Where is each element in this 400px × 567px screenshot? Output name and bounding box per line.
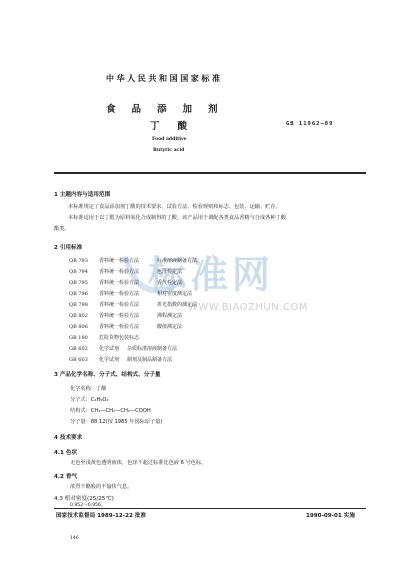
section-2-heading: 2 引用标准 — [54, 243, 82, 251]
page-number: 146 — [70, 536, 79, 541]
reference-item: GB 603化学试剂制剂及制品制备方法 — [69, 356, 172, 363]
section-3-heading: 3 产品化学名称、分子式、结构式、分子量 — [54, 370, 161, 378]
reference-item: QB 802香料统一检验方法沸程测定法 — [69, 312, 182, 319]
approval-date: 国家技术监督局 1989-12-22 批准 — [56, 511, 146, 519]
effective-date: 1990-09-01 实施 — [306, 511, 355, 519]
section-4-3-heading: 4.3 相对密度(25/25℃) — [54, 494, 114, 502]
standard-number: GB 11962—89 — [286, 121, 333, 127]
english-title-line1: Food additive — [152, 137, 187, 142]
section-1-para2-line2: 酯类。 — [54, 225, 70, 232]
structural-formula: 结构式：CH₃—CH₂—CH₂—COOH — [70, 407, 151, 414]
reference-item: QB 793香料统一检验方法标准溶液制备方法 — [69, 257, 197, 264]
section-1-para1: 本标准规定了食品添加剂丁酸的技术要求、试验方法、检验规则和标志、包装、运输、贮存… — [68, 203, 281, 210]
document-title-line1: 食品添加剂 — [106, 101, 234, 115]
section-4-heading: 4 技术要求 — [54, 433, 82, 441]
chemical-name: 化学名称：丁酸 — [70, 385, 106, 392]
molecular-formula: 分子式：C₄H₈O₂ — [70, 396, 109, 403]
section-4-2-heading: 4.2 香气 — [54, 472, 77, 480]
section-1-heading: 1 主题内容与适用范围 — [54, 190, 110, 198]
reference-item: QB 798香料统一检验方法折光指数的测定法 — [69, 301, 197, 308]
national-standard-label: 中华人民共和国国家标准 — [106, 73, 223, 84]
molecular-weight: 分子量：88.12(按 1985 年国际原子量) — [70, 418, 162, 425]
section-4-1-heading: 4.1 色状 — [54, 448, 77, 456]
reference-item: QB 806香料统一检验方法酸值测定法 — [69, 323, 182, 330]
document-title-line2: 丁酸 — [150, 118, 205, 132]
reference-item: QB 795香料统一检验方法香气检定法 — [69, 279, 182, 286]
reference-item: GB 190危险货物包装标志 — [69, 334, 139, 341]
header-divider — [54, 172, 366, 174]
section-4-2-text: 浓烈干酪般的不愉快气息。 — [70, 483, 132, 490]
reference-item: QB 794香料统一检验方法色泽检定法 — [69, 268, 182, 275]
english-title-line2: Butyric acid — [153, 148, 184, 153]
footer-divider — [54, 508, 366, 509]
reference-item: GB 602化学试剂杂质标准溶液制备方法 — [69, 345, 177, 352]
section-1-para2-line1: 本标准适用于以丁醛为原料氧化合成制得的丁酸。该产品用于调配各类食品香精与合成各种… — [68, 214, 286, 221]
reference-item: QB 796香料统一检验方法相对密度测定法 — [69, 290, 192, 297]
section-4-1-text: 无色至浅黄色透明液体，色泽不超过标准比色液 6 号色标。 — [70, 459, 206, 466]
watermark-url: WWW.BIAOZHUN.COM — [188, 302, 308, 313]
